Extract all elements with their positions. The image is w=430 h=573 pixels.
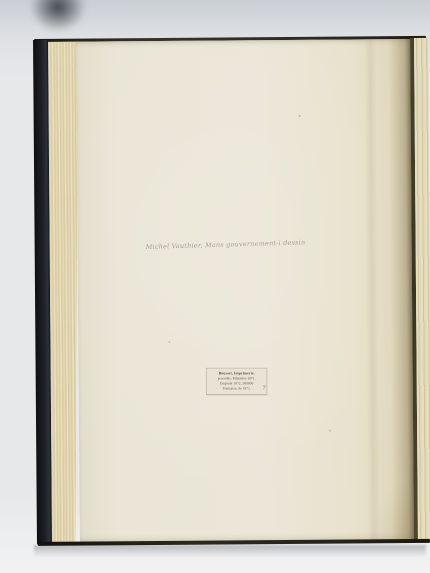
collection-label: Bousset, Imprimerie. procédés, Ministère… [207, 368, 267, 394]
handwritten-inscription: Michel Vauthier, Mans gouvernement-i des… [146, 239, 324, 251]
photograph-backdrop: Michel Vauthier, Mans gouvernement-i des… [0, 0, 430, 573]
album-page: Michel Vauthier, Mans gouvernement-i des… [76, 39, 414, 543]
page-specks [76, 42, 78, 44]
shadow-blob [30, 0, 86, 32]
label-line: Française, de 1871. [207, 387, 267, 392]
album-book: Michel Vauthier, Mans gouvernement-i des… [28, 31, 430, 548]
facing-page-edge [414, 38, 430, 541]
label-annotation: 7 [263, 386, 266, 391]
